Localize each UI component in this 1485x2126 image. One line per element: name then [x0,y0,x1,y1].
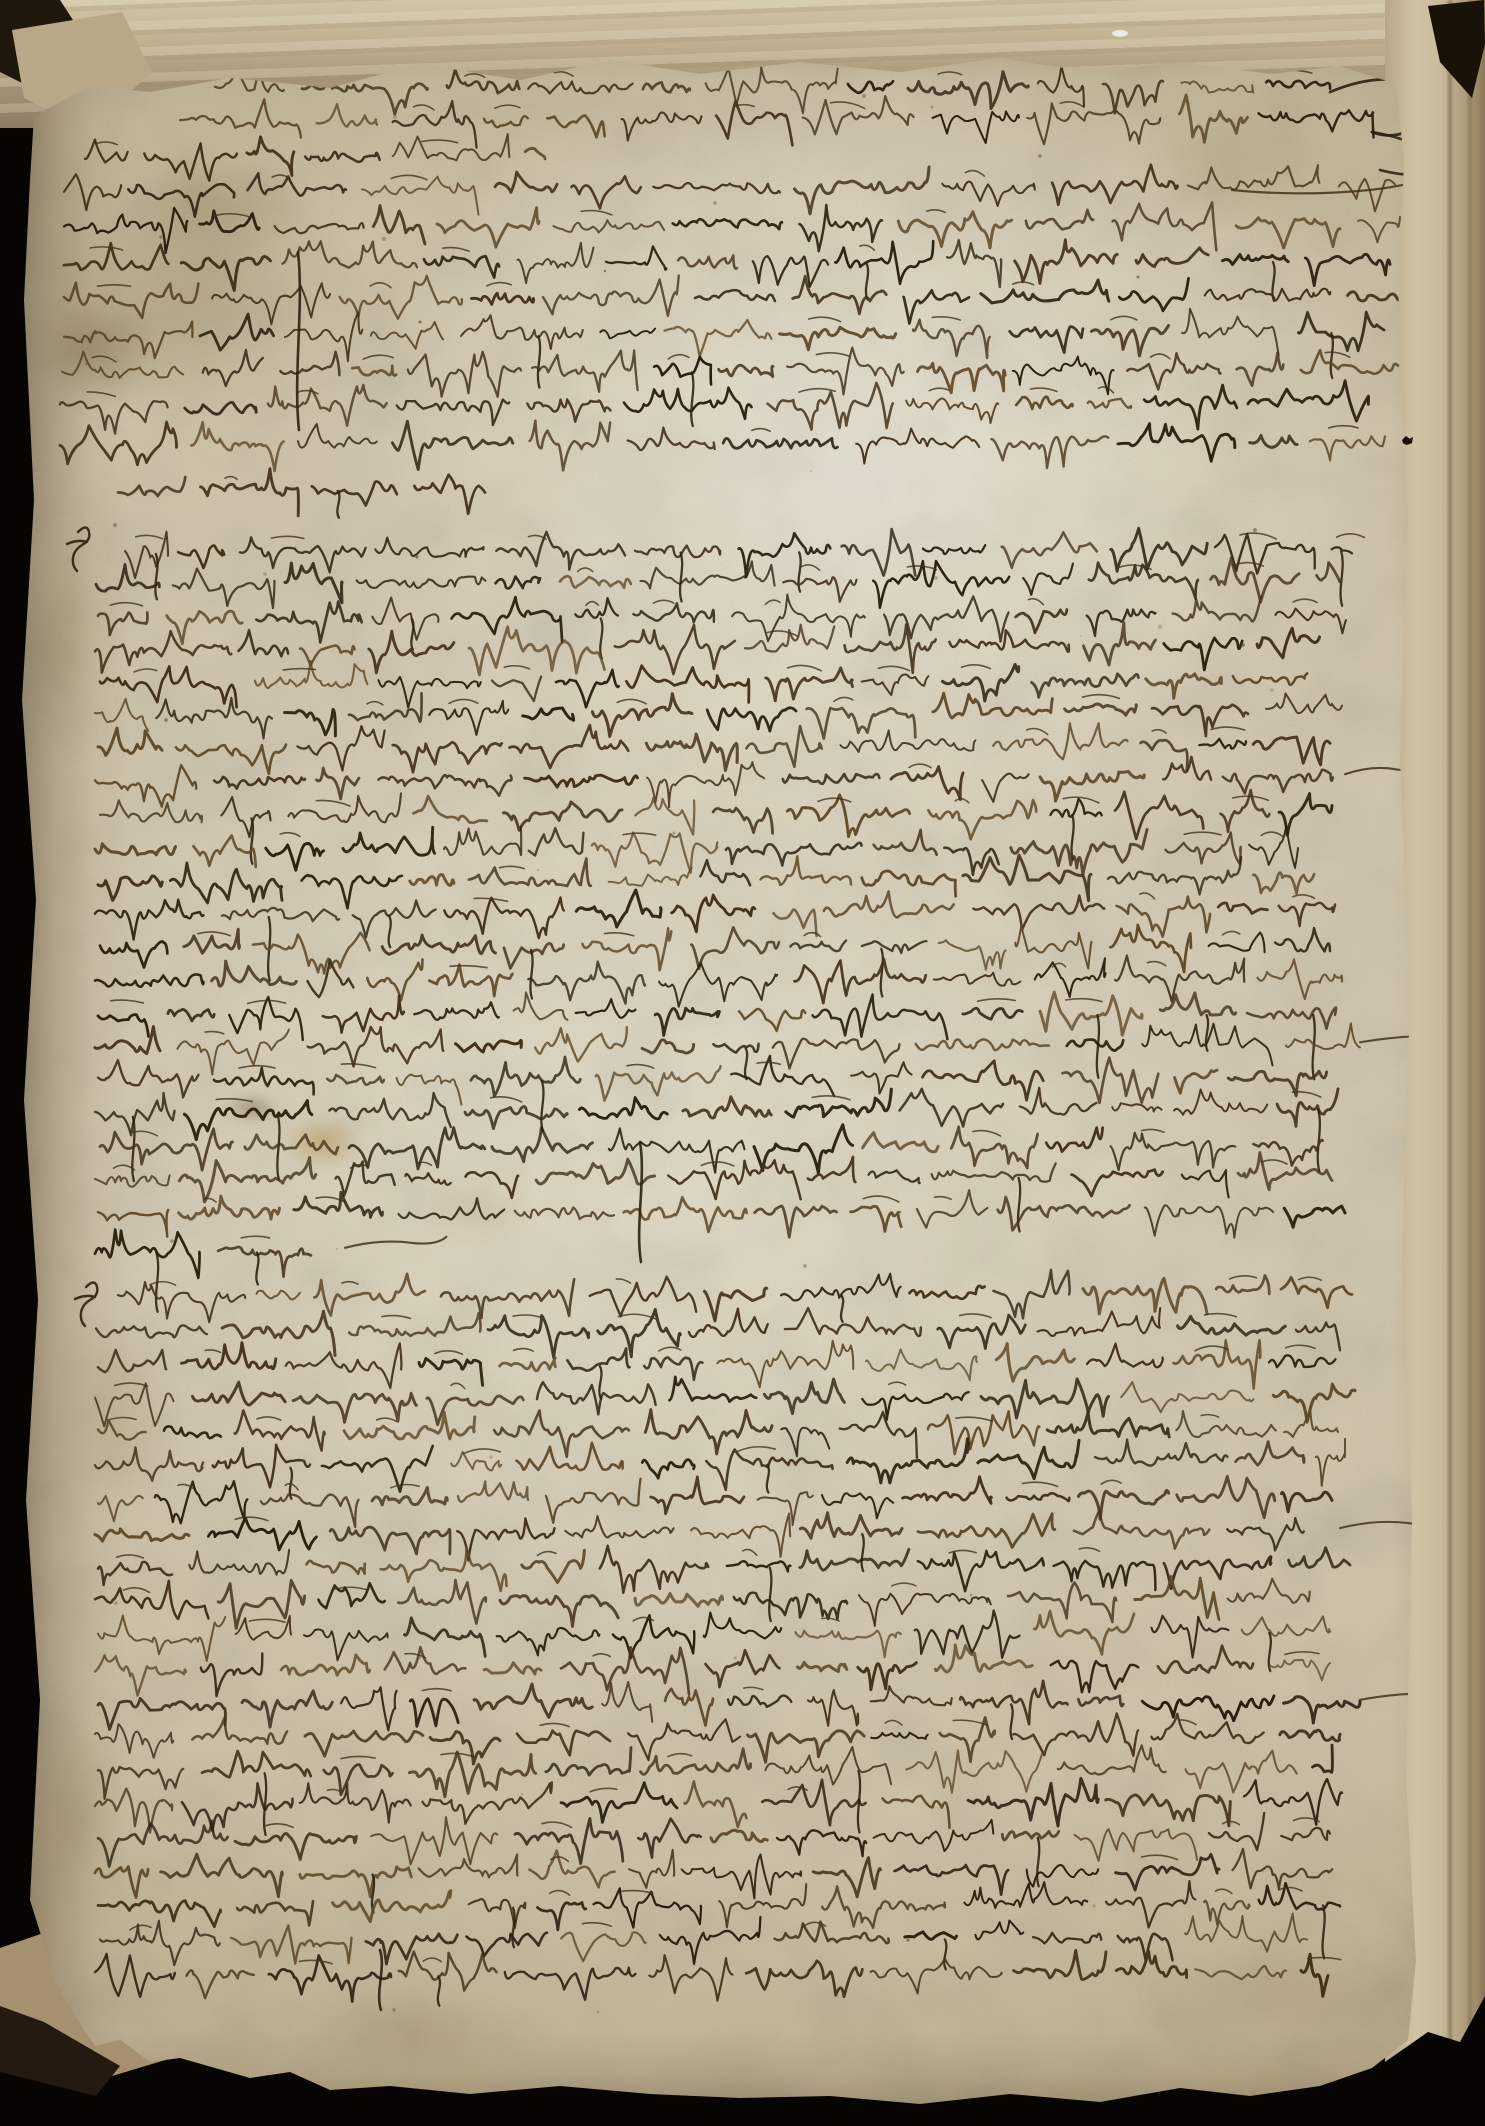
paper-highlight-fleck [1112,30,1128,37]
manuscript-page [0,0,1485,2126]
right-edge-crease [1468,0,1472,2126]
manuscript-scan [0,0,1485,2126]
page-vignette [0,0,1485,2126]
right-edge-crease [1448,0,1452,2126]
